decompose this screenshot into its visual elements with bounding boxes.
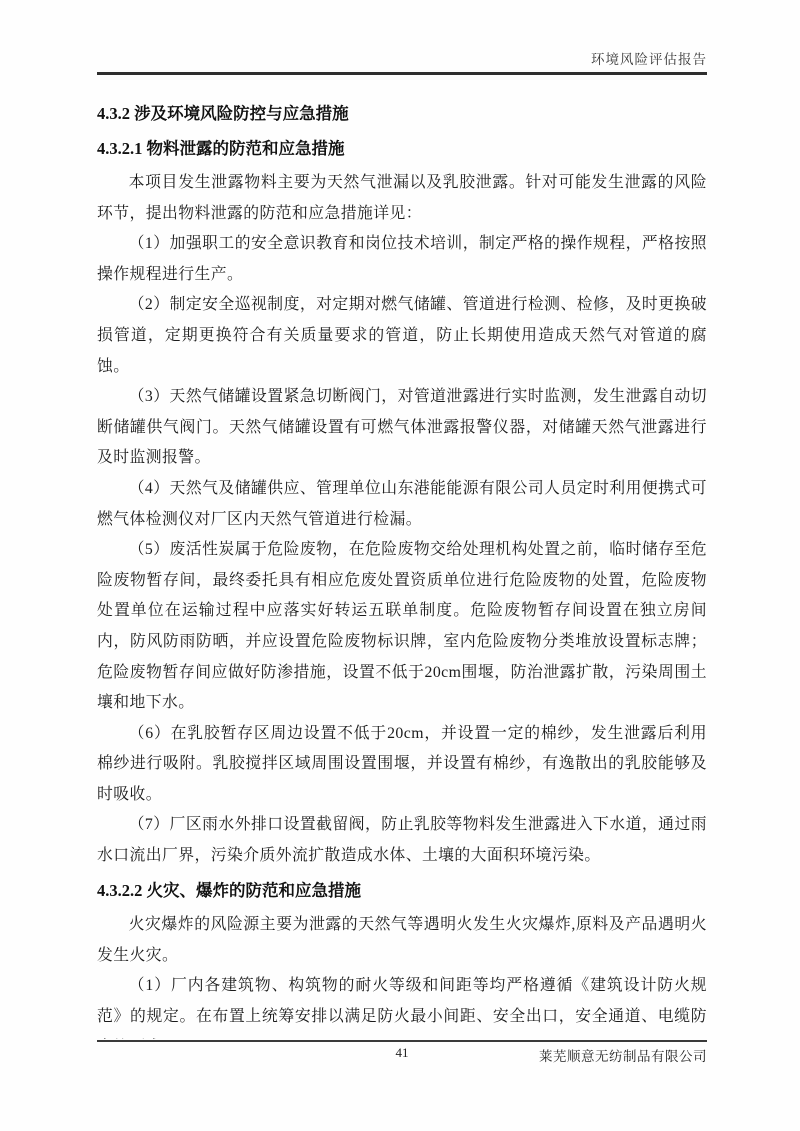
paragraph-leak-measure-3: （3）天然气储罐设置紧急切断阀门，对管道泄露进行实时监测，发生泄露自动切断储罐供… bbox=[97, 382, 707, 474]
header-rule bbox=[97, 72, 707, 75]
section-heading-4-3-2-1: 4.3.2.1 物料泄露的防范和应急措施 bbox=[97, 134, 707, 165]
section-heading-4-3-2: 4.3.2 涉及环境风险防控与应急措施 bbox=[97, 99, 707, 130]
section-heading-4-3-2-2: 4.3.2.2 火灾、爆炸的防范和应急措施 bbox=[97, 876, 707, 907]
paragraph-fire-intro: 火灾爆炸的风险源主要为泄露的天然气等遇明火发生火灾爆炸,原料及产品遇明火发生火灾… bbox=[97, 910, 707, 971]
paragraph-leak-measure-6: （6）在乳胶暂存区周边设置不低于20cm，并设置一定的棉纱，发生泄露后利用棉纱进… bbox=[97, 719, 707, 811]
paragraph-leak-intro: 本项目发生泄露物料主要为天然气泄漏以及乳胶泄露。针对可能发生泄露的风险环节，提出… bbox=[97, 168, 707, 229]
page-header: 环境风险评估报告 bbox=[97, 0, 707, 75]
header-running-title: 环境风险评估报告 bbox=[97, 0, 707, 69]
page-footer: 41 莱芜顺意无纺制品有限公司 bbox=[97, 1040, 707, 1066]
document-page: 环境风险评估报告 4.3.2 涉及环境风险防控与应急措施 4.3.2.1 物料泄… bbox=[0, 0, 800, 1131]
footer-company-name: 莱芜顺意无纺制品有限公司 bbox=[539, 1045, 707, 1065]
paragraph-leak-measure-1: （1）加强职工的安全意识教育和岗位技术培训，制定严格的操作规程，严格按照操作规程… bbox=[97, 229, 707, 290]
footer-row: 41 莱芜顺意无纺制品有限公司 bbox=[97, 1042, 707, 1066]
document-body: 4.3.2 涉及环境风险防控与应急措施 4.3.2.1 物料泄露的防范和应急措施… bbox=[97, 95, 707, 1039]
paragraph-fire-measure-1: （1）厂内各建筑物、构筑物的耐火等级和间距等均严格遵循《建筑设计防火规范》的规定… bbox=[97, 971, 707, 1039]
paragraph-leak-measure-5: （5）废活性炭属于危险废物，在危险废物交给处理机构处置之前，临时储存至危险废物暂… bbox=[97, 535, 707, 719]
paragraph-leak-measure-7: （7）厂区雨水外排口设置截留阀，防止乳胶等物料发生泄露进入下水道，通过雨水口流出… bbox=[97, 810, 707, 871]
paragraph-leak-measure-4: （4）天然气及储罐供应、管理单位山东港能能源有限公司人员定时利用便携式可燃气体检… bbox=[97, 474, 707, 535]
page-number: 41 bbox=[396, 1045, 409, 1061]
paragraph-leak-measure-2: （2）制定安全巡视制度，对定期对燃气储罐、管道进行检测、检修，及时更换破损管道，… bbox=[97, 290, 707, 382]
